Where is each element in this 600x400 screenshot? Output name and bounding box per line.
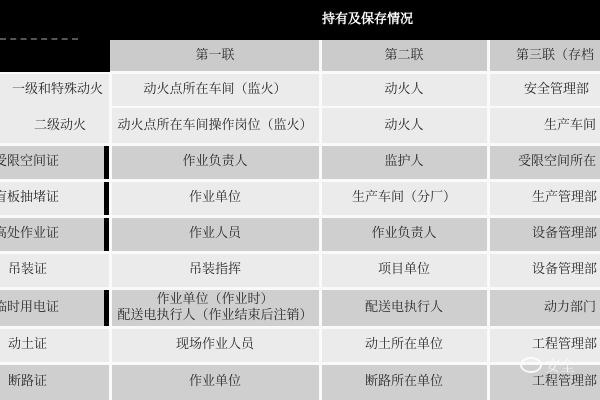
row-second-copy: 断路所在单位 — [320, 363, 488, 400]
column-header-second: 第二联 — [320, 40, 488, 72]
header-corner — [0, 0, 110, 72]
row-third-copy: 生产管理部 — [488, 180, 600, 216]
row-type: 动土证 — [0, 327, 110, 363]
grid-line — [0, 143, 600, 146]
row-type: 一级和特殊动火 — [0, 72, 110, 107]
row-second-copy: 项目单位 — [320, 252, 488, 288]
row-first-copy: 作业单位（作业时） 配送电执行人（作业结束后注销） — [110, 288, 320, 327]
grid-line — [0, 287, 600, 290]
grid-line — [109, 72, 112, 400]
table-title: 持有及保存情况 — [322, 8, 413, 30]
grid-line — [0, 251, 600, 254]
row-third-copy: 生产车间 — [488, 107, 600, 144]
row-first-copy-line1: 作业单位（作业时） — [156, 292, 273, 308]
row-type: 吊装证 — [0, 252, 110, 288]
row-first-copy: 现场作业人员 — [110, 327, 320, 363]
row-second-copy: 动火人 — [320, 72, 488, 107]
header-corner-residue — [0, 38, 78, 42]
grid-line — [110, 106, 600, 108]
row-type: 盲板抽堵证 — [0, 180, 104, 216]
row-third-copy: 动力部门 — [488, 288, 600, 327]
permit-table: 第一联 第二联 第三联（存档 一级和特殊动火 动火点所在车间（监火） 动火人 安… — [0, 40, 600, 400]
column-header-first: 第一联 — [110, 40, 320, 72]
row-first-copy-line2: 配送电执行人（作业结束后注销） — [117, 308, 312, 324]
row-first-copy: 吊装指挥 — [110, 252, 320, 288]
grid-line — [319, 40, 322, 400]
grid-line — [0, 215, 600, 218]
row-type: 高处作业证 — [0, 216, 104, 252]
row-second-copy: 生产车间（分厂） — [320, 180, 488, 216]
grid-line — [0, 179, 600, 182]
row-first-copy: 作业人员 — [110, 216, 320, 252]
row-second-copy: 监护人 — [320, 144, 488, 180]
row-type: 断路证 — [0, 363, 110, 400]
row-type: 二级动火 — [0, 107, 110, 144]
row-first-copy: 作业单位 — [110, 180, 320, 216]
wechat-icon — [520, 357, 542, 373]
grid-line — [0, 326, 600, 329]
row-first-copy: 动火点所在车间操作岗位（监火） — [110, 107, 320, 144]
watermark-text: 安全 — [545, 355, 575, 376]
row-second-copy: 作业负责人 — [320, 216, 488, 252]
grid-line — [0, 362, 600, 365]
row-third-copy: 受限空间所在 — [488, 144, 600, 180]
row-third-copy: 安全管理部 — [488, 72, 600, 107]
grid-line — [487, 40, 490, 400]
row-type: 受限空间证 — [0, 144, 104, 180]
row-second-copy: 动土所在单位 — [320, 327, 488, 363]
column-header-third: 第三联（存档 — [488, 40, 600, 72]
row-first-copy: 作业负责人 — [110, 144, 320, 180]
row-third-copy: 设备管理部 — [488, 252, 600, 288]
row-type: 临时用电证 — [0, 288, 104, 327]
row-second-copy: 配送电执行人 — [320, 288, 488, 327]
row-first-copy: 动火点所在车间（监火） — [110, 72, 320, 107]
watermark: 安全 — [520, 352, 600, 378]
row-first-copy: 作业单位 — [110, 363, 320, 400]
row-second-copy: 动火人 — [320, 107, 488, 144]
row-third-copy: 设备管理部 — [488, 216, 600, 252]
